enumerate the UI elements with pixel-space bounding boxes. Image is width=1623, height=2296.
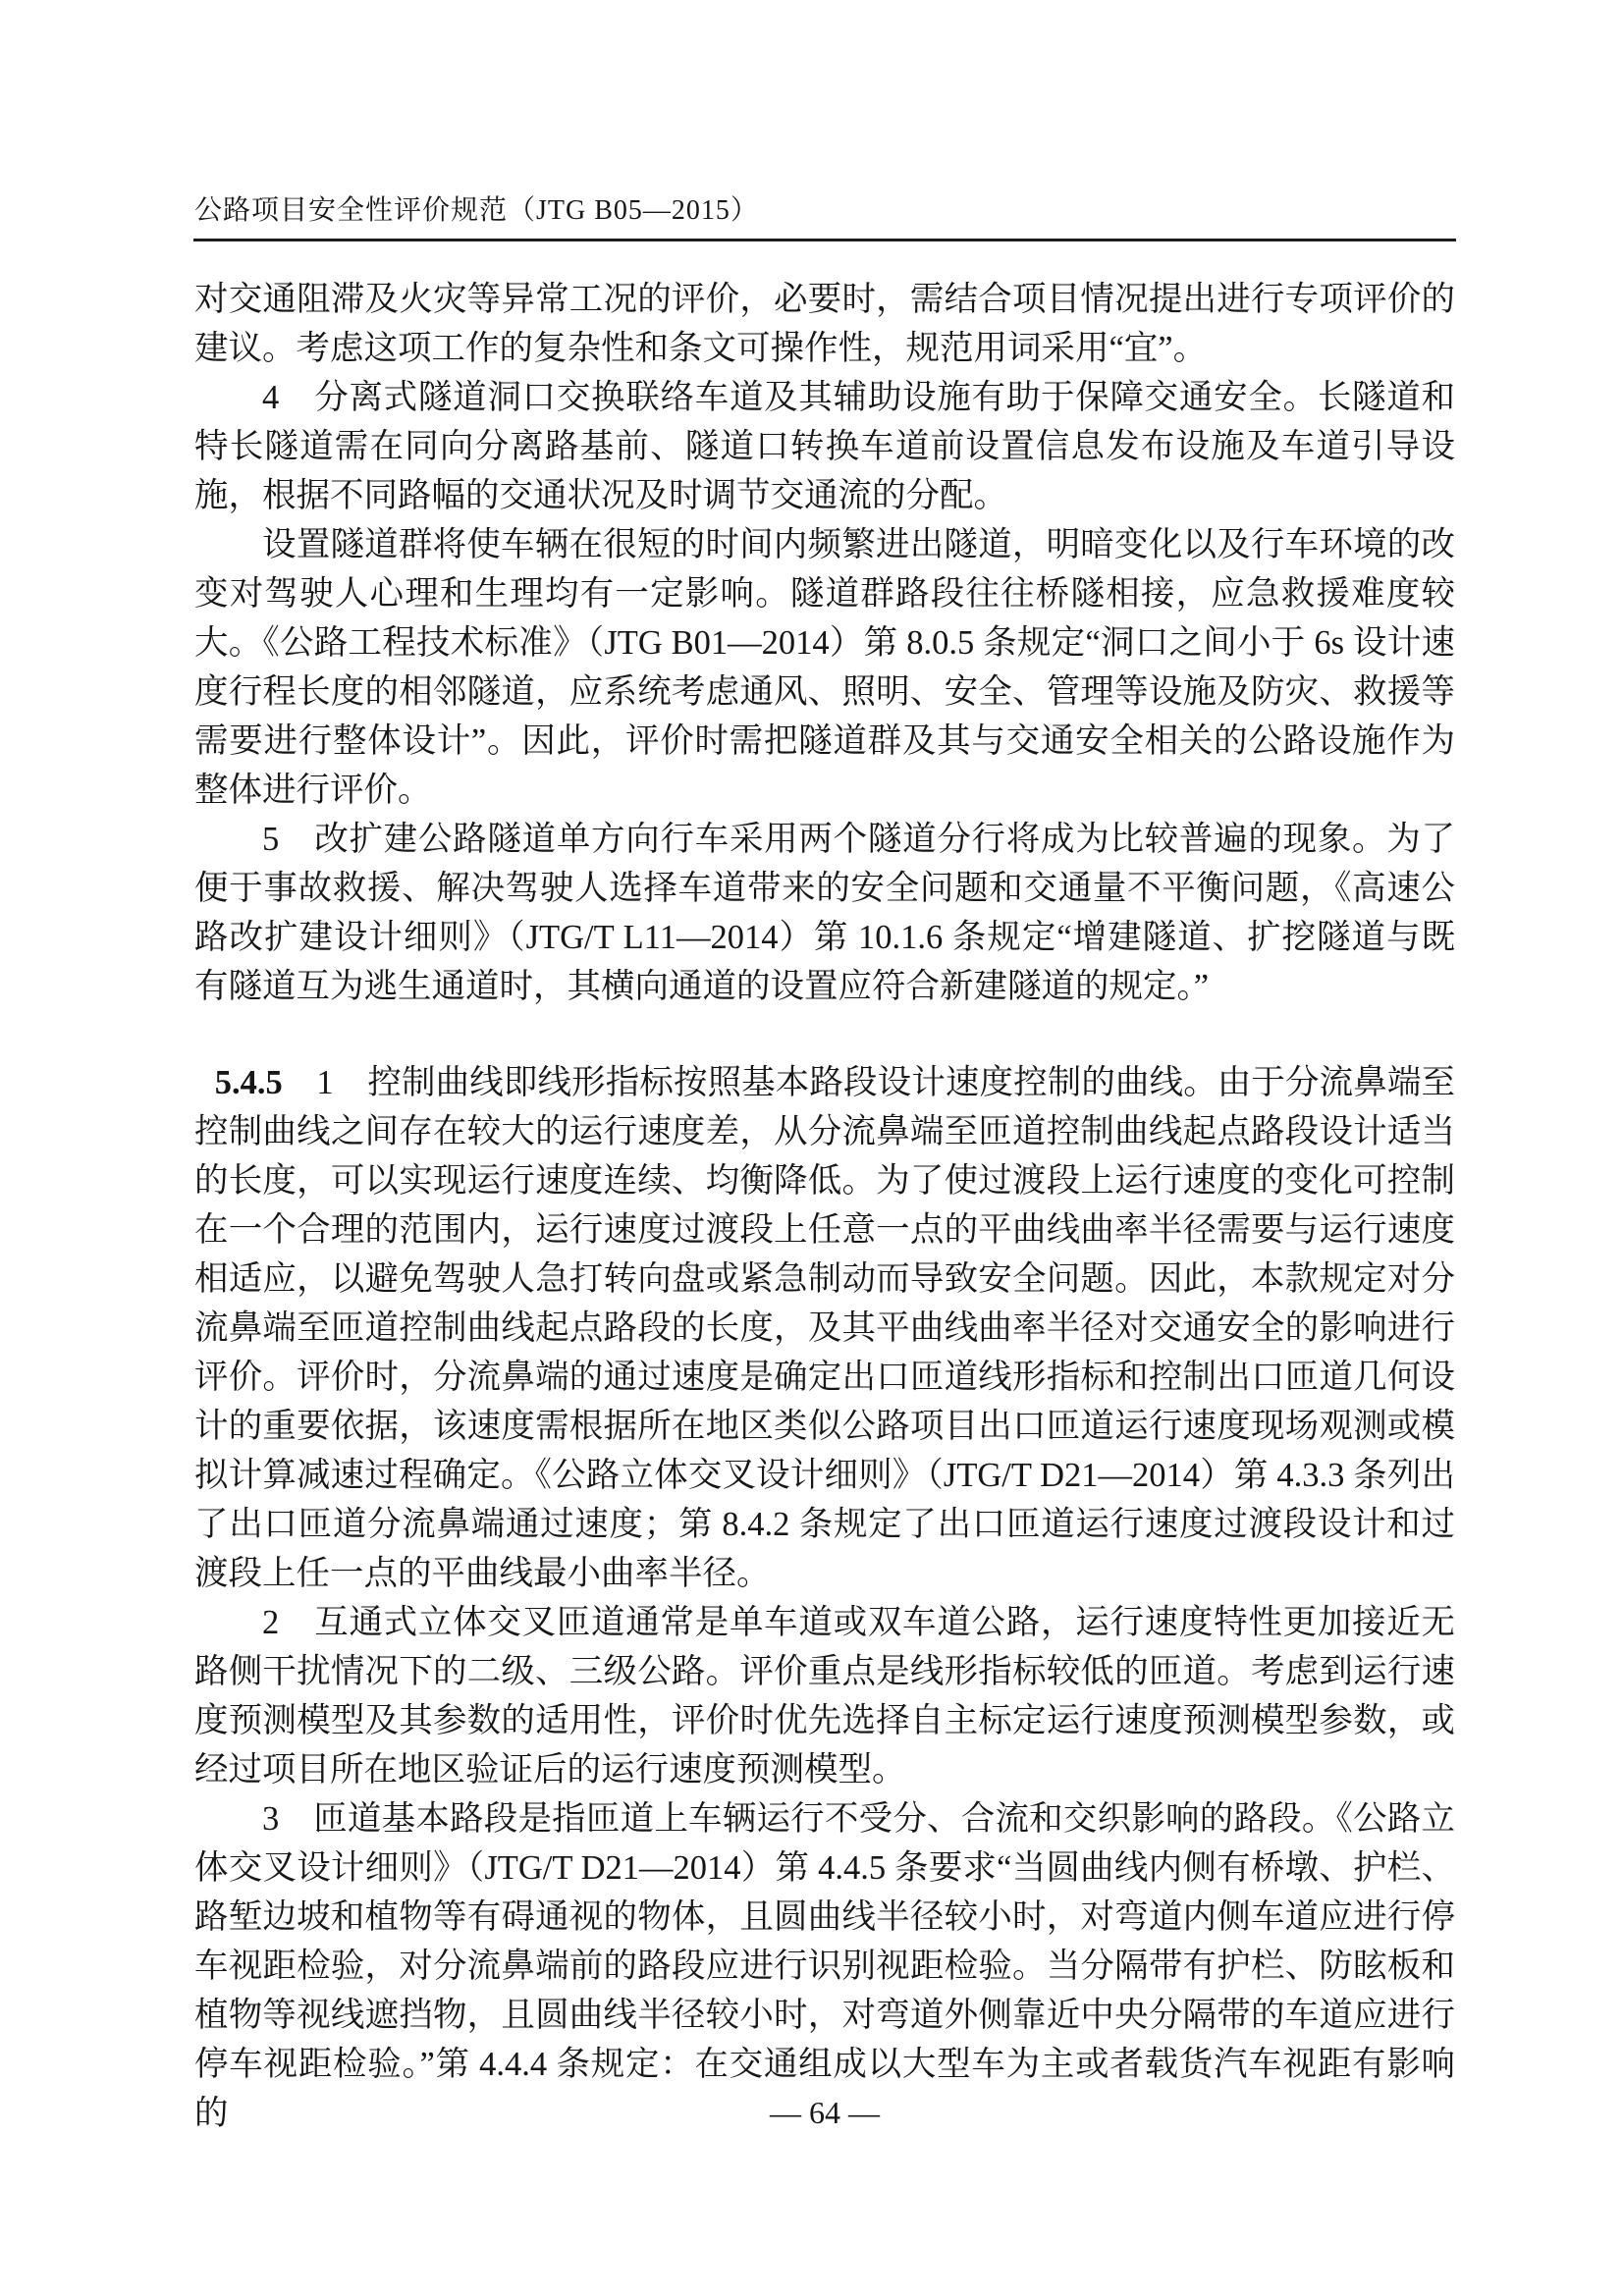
clause-number: 2 (262, 1604, 279, 1641)
page-footer: — 64 — (194, 2093, 1455, 2132)
clause-number: 5 (262, 821, 279, 858)
paragraph: 对交通阻滞及火灾等异常工况的评价，必要时，需结合项目情况提出进行专项评价的建议。… (194, 275, 1455, 373)
clause-number: 3 (262, 1800, 279, 1838)
document-body: 对交通阻滞及火灾等异常工况的评价，必要时，需结合项目情况提出进行专项评价的建议。… (194, 275, 1455, 2138)
header-rule (193, 239, 1456, 241)
paragraph: 2 互通式立体交叉匝道通常是单车道或双车道公路，运行速度特性更加接近无路侧干扰情… (194, 1598, 1455, 1794)
page-number: — 64 — (770, 2095, 880, 2130)
section-paragraph: 5.4.5 1 控制曲线即线形指标按照基本路段设计速度控制的曲线。由于分流鼻端至… (194, 1058, 1455, 1598)
paragraph: 5 改扩建公路隧道单方向行车采用两个隧道分行将成为比较普遍的现象。为了便于事故救… (194, 815, 1455, 1011)
clause-number: 4 (262, 379, 279, 416)
section-number: 5.4.5 (215, 1064, 283, 1101)
paragraph: 3 匝道基本路段是指匝道上车辆运行不受分、合流和交织影响的路段。《公路立体交叉设… (194, 1794, 1455, 2138)
document-page: 公路项目安全性评价规范（JTG B05—2015） 对交通阻滞及火灾等异常工况的… (0, 0, 1623, 2296)
paragraph: 设置隧道群将使车辆在很短的时间内频繁进出隧道，明暗变化以及行车环境的改变对驾驶人… (194, 520, 1455, 815)
paragraph: 4 分离式隧道洞口交换联络车道及其辅助设施有助于保障交通安全。长隧道和特长隧道需… (194, 373, 1455, 520)
running-header-title: 公路项目安全性评价规范（JTG B05—2015） (194, 194, 1455, 228)
